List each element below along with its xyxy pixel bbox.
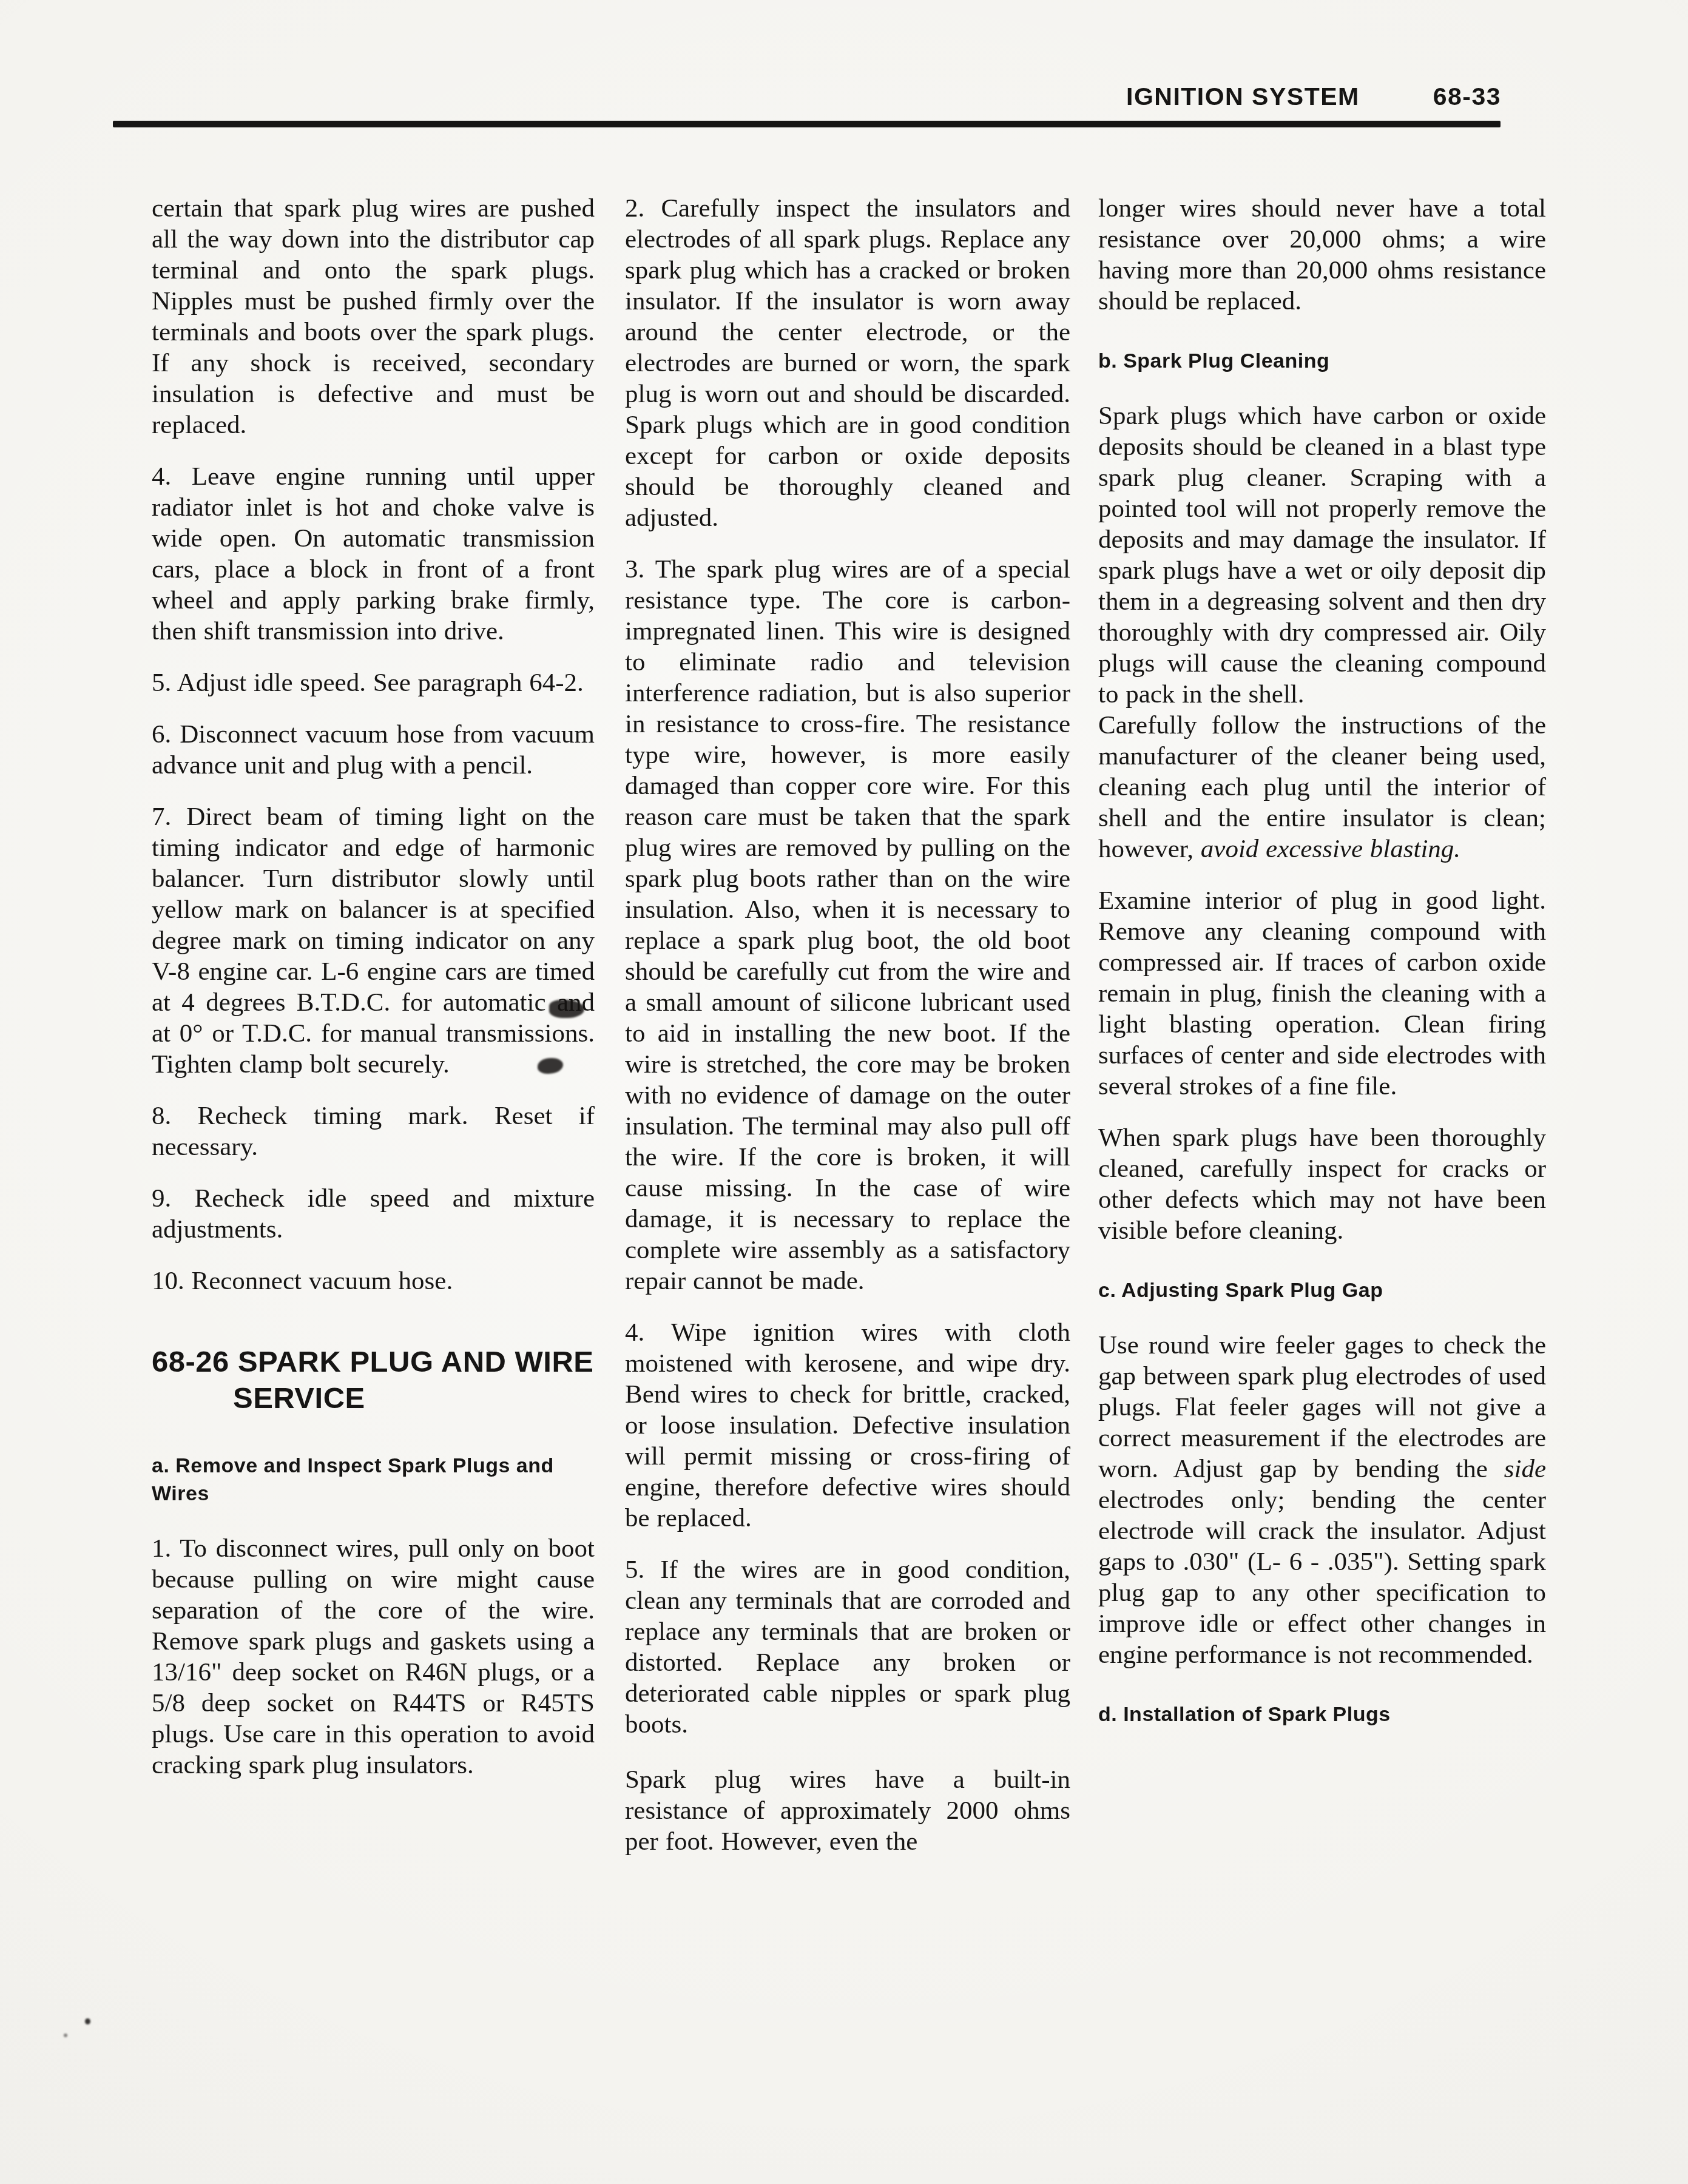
paragraph-continuation-right: longer wires should never have a total r… (1098, 193, 1546, 317)
manual-page: IGNITION SYSTEM 68-33 certain that spark… (0, 0, 1688, 2184)
step-5-wires: 5. If the wires are in good condition, c… (625, 1554, 1070, 1740)
page-header: IGNITION SYSTEM 68-33 (1126, 83, 1501, 111)
section-heading-line-1: 68-26 SPARK PLUG AND WIRE (152, 1344, 595, 1380)
step-4-wires: 4. Wipe ignition wires with cloth moiste… (625, 1317, 1070, 1534)
ink-speck (85, 2018, 90, 2024)
step-7: 7. Direct beam of timing light on the ti… (152, 801, 595, 1080)
subheading-d: d. Installation of Spark Plugs (1098, 1700, 1546, 1728)
page-header-title: IGNITION SYSTEM (1126, 83, 1360, 111)
header-rule (113, 121, 1501, 127)
step-3: 3. The spark plug wires are of a special… (625, 554, 1070, 1296)
subheading-a: a. Remove and Inspect Spark Plugs and Wi… (152, 1452, 595, 1508)
page-number: 68-33 (1433, 83, 1501, 111)
paragraph-resistance: Spark plug wires have a built-in resista… (625, 1764, 1070, 1857)
paragraph-inspect-after-cleaning: When spark plugs have been thoroughly cl… (1098, 1122, 1546, 1246)
paragraph-cleaning-1: Spark plugs which have carbon or oxide d… (1098, 400, 1546, 710)
section-heading-68-26: 68-26 SPARK PLUG AND WIRE SERVICE (152, 1344, 595, 1417)
step-9: 9. Recheck idle speed and mixture adjust… (152, 1183, 595, 1245)
column-middle: 2. Carefully inspect the insulators and … (625, 193, 1070, 1878)
paragraph-continuation: certain that spark plug wires are pushed… (152, 193, 595, 440)
step-10: 10. Reconnect vacuum hose. (152, 1266, 595, 1296)
step-6: 6. Disconnect vacuum hose from vacuum ad… (152, 719, 595, 781)
ink-smudge (549, 1000, 584, 1018)
ink-speck (64, 2034, 67, 2037)
paragraph-examine: Examine interior of plug in good light. … (1098, 885, 1546, 1102)
column-left: certain that spark plug wires are pushed… (152, 193, 595, 1801)
paragraph-cleaning-2: Carefully follow the instructions of the… (1098, 710, 1546, 864)
paragraph-gap-adjustment: Use round wire feeler gages to check the… (1098, 1330, 1546, 1670)
section-heading-line-2: SERVICE (152, 1380, 595, 1417)
subheading-b: b. Spark Plug Cleaning (1098, 347, 1546, 375)
step-1: 1. To disconnect wires, pull only on boo… (152, 1533, 595, 1781)
step-4: 4. Leave engine running until upper radi… (152, 461, 595, 647)
column-right: longer wires should never have a total r… (1098, 193, 1546, 1754)
step-8: 8. Recheck timing mark. Reset if necessa… (152, 1100, 595, 1162)
step-5: 5. Adjust idle speed. See paragraph 64-2… (152, 667, 595, 698)
subheading-c: c. Adjusting Spark Plug Gap (1098, 1276, 1546, 1304)
step-2: 2. Carefully inspect the insulators and … (625, 193, 1070, 533)
